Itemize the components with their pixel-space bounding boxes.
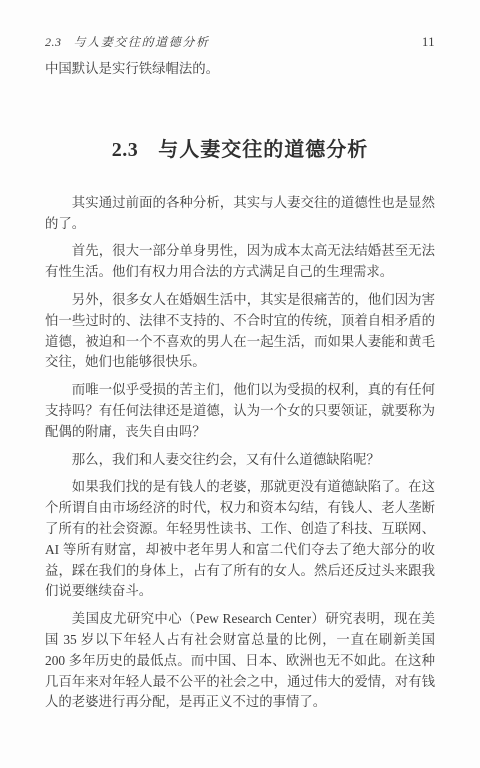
page-number: 11: [422, 35, 435, 50]
document-page: 2.3 与人妻交往的道德分析 11 中国默认是实行铁绿帽法的。 2.3 与人妻交…: [0, 0, 480, 768]
paragraph: 如果我们找的是有钱人的老婆，那就更没有道德缺陷了。在这个所谓自由市场经济的时代，…: [45, 477, 435, 602]
running-header: 2.3 与人妻交往的道德分析 11: [45, 33, 435, 47]
paragraph: 首先，很大一部分单身男性，因为成本太高无法结婚甚至无法有性生活。他们有权力用合法…: [45, 241, 435, 283]
running-header-section-number: 2.3: [45, 35, 62, 49]
paragraph: 美国皮尤研究中心（Pew Research Center）研究表明，现在美国 3…: [45, 609, 435, 713]
paragraph: 其实通过前面的各种分析，其实与人妻交往的道德性也是显然的了。: [45, 193, 435, 235]
section-heading: 2.3 与人妻交往的道德分析: [45, 135, 435, 165]
running-header-section: 2.3 与人妻交往的道德分析: [45, 33, 210, 50]
paragraph: 而唯一似乎受损的苦主们，他们以为受损的权利，真的有任何支持吗？有任何法律还是道德…: [45, 380, 435, 442]
section-heading-title: 与人妻交往的道德分析: [158, 139, 368, 161]
paragraph: 那么，我们和人妻交往约会，又有什么道德缺陷呢？: [45, 450, 435, 471]
paragraph-continuation: 中国默认是实行铁绿帽法的。: [45, 59, 435, 80]
section-heading-number: 2.3: [112, 139, 139, 161]
page-content: 2.3 与人妻交往的道德分析 11 中国默认是实行铁绿帽法的。 2.3 与人妻交…: [45, 33, 435, 713]
running-header-section-title: 与人妻交往的道德分析: [74, 35, 210, 49]
paragraph: 另外，很多女人在婚姻生活中，其实是很痛苦的，他们因为害怕一些过时的、法律不支持的…: [45, 290, 435, 373]
